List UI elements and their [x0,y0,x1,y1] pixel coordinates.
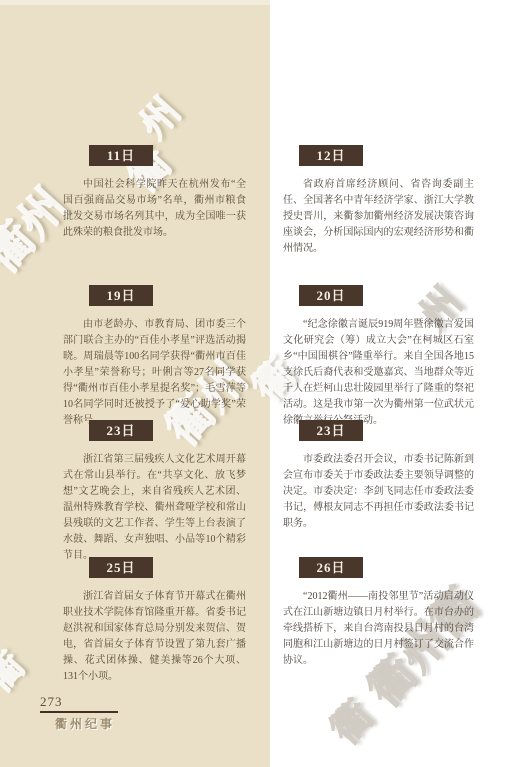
entry-day-11: 11日 中国社会科学院昨天在杭州发布“全国百强商品交易市场”名单，衢州市粮食批发… [63,145,246,241]
entry-text: 省政府首席经济顾问、省咨询委副主任、全国著名中青年经济学家、浙江大学教授史晋川，… [283,177,474,257]
entry-day-12: 12日 省政府首席经济顾问、省咨询委副主任、全国著名中青年经济学家、浙江大学教授… [283,145,474,257]
entry-text: “纪念徐徽言诞辰919周年暨徐徽言爱国文化研究会（筹）成立大会”在柯城区石室乡“… [283,317,474,429]
entry-day-20: 20日 “纪念徐徽言诞辰919周年暨徐徽言爱国文化研究会（筹）成立大会”在柯城区… [283,285,474,429]
page-number-rule [40,711,118,713]
page-top-edge [0,0,270,5]
date-label: 25日 [89,557,153,578]
entry-text: 市委政法委召开会议，市委书记陈新到会宣布市委关于市委政法委主要领导调整的决定。市… [283,452,474,532]
entry-day-25: 25日 浙江省首届女子体育节开幕式在衢州职业技术学院体育馆隆重开幕。省委书记赵洪… [63,557,246,685]
entry-text: 由市老龄办、市教育局、团市委三个部门联合主办的“百佳小孝星”评选活动揭晓。周瑞晨… [63,317,246,429]
entry-day-23-left: 23日 浙江省第三届残疾人文化艺术周开幕式在常山县举行。在“共享文化、放飞梦想”… [63,420,246,564]
date-label: 23日 [299,420,363,441]
entry-day-26: 26日 “2012衢州——南投邻里节”活动启动仪式在江山新塘边镇日月村举行。在市… [283,557,474,669]
book-title: 衢州纪事 [55,715,115,732]
date-label: 19日 [89,285,153,306]
entry-text: 浙江省首届女子体育节开幕式在衢州职业技术学院体育馆隆重开幕。省委书记赵洪祝和国家… [63,589,246,685]
date-label: 11日 [89,145,153,166]
watermark-stamp: 衢 [315,687,384,755]
date-label: 23日 [89,420,153,441]
date-label: 12日 [299,145,363,166]
date-label: 26日 [299,557,363,578]
entry-text: “2012衢州——南投邻里节”活动启动仪式在江山新塘边镇日月村举行。在市台办的牵… [283,589,474,669]
entry-text: 中国社会科学院昨天在杭州发布“全国百强商品交易市场”名单，衢州市粮食批发交易市场… [63,177,246,241]
book-page: 衢州 州 衢 衢州 衢 州 衢州衢 衢 衢 11日 中国社会科学院昨天在杭州发布… [0,0,512,767]
page-number: 273 [40,694,63,710]
entry-day-23-right: 23日 市委政法委召开会议，市委书记陈新到会宣布市委关于市委政法委主要领导调整的… [283,420,474,532]
entry-text: 浙江省第三届残疾人文化艺术周开幕式在常山县举行。在“共享文化、放飞梦想”文艺晚会… [63,452,246,564]
date-label: 20日 [299,285,363,306]
entry-day-19: 19日 由市老龄办、市教育局、团市委三个部门联合主办的“百佳小孝星”评选活动揭晓… [63,285,246,429]
